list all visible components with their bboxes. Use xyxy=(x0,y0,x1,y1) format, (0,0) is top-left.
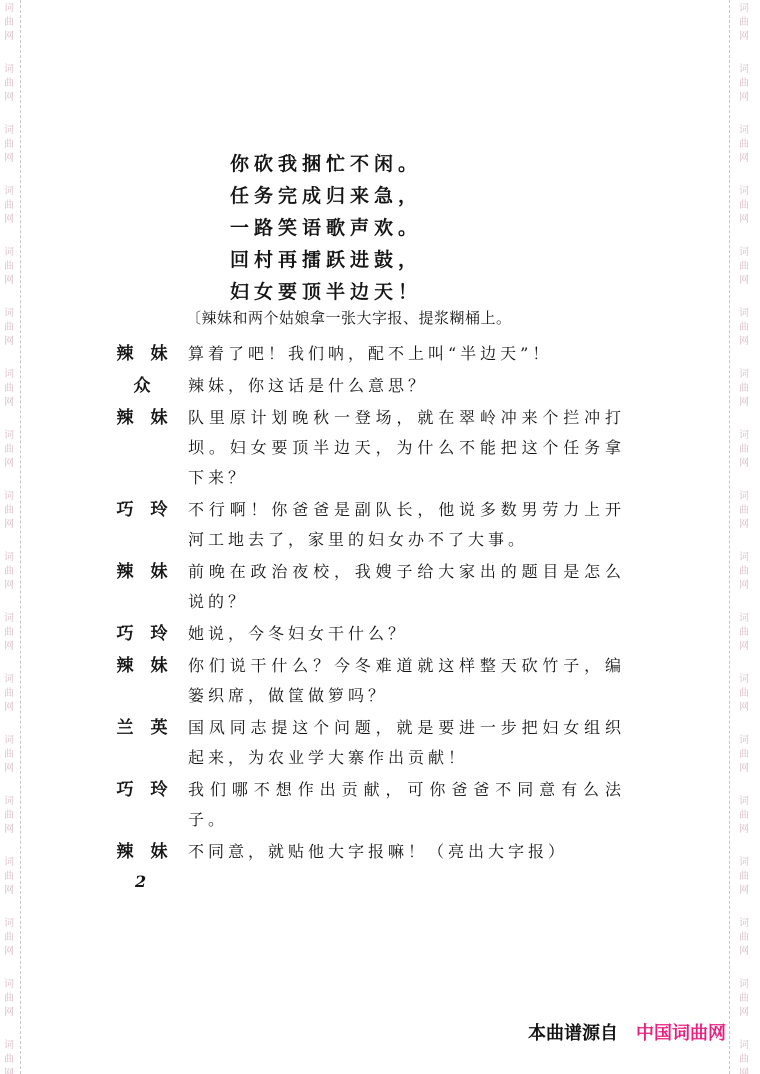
dialogue-entry: 辣 妹 前晚在政治夜校，我嫂子给大家出的题目是怎么说的？ xyxy=(110,557,625,617)
watermark-group: 词曲网 xyxy=(739,1040,749,1074)
speaker-name: 巧 玲 xyxy=(110,495,174,555)
watermark-group: 词曲网 xyxy=(739,125,749,167)
watermark-group: 词曲网 xyxy=(4,613,14,655)
watermark-group: 词曲网 xyxy=(4,674,14,716)
speech-text: 国凤同志提这个问题，就是要进一步把妇女组织起来，为农业学大寨作出贡献！ xyxy=(188,713,625,773)
watermark-group: 词曲网 xyxy=(739,735,749,777)
watermark-group: 词曲网 xyxy=(4,918,14,960)
watermark-group: 词曲网 xyxy=(739,613,749,655)
dialogue-entry: 辣 妹 算着了吧！我们呐，配不上叫“半边天”！ xyxy=(110,339,625,369)
watermark-group: 词曲网 xyxy=(4,735,14,777)
scanned-script-page: 词曲网词曲网词曲网词曲网词曲网词曲网词曲网词曲网词曲网词曲网词曲网词曲网词曲网词… xyxy=(0,0,760,1074)
watermark-group: 词曲网 xyxy=(4,979,14,1021)
speech-text: 你们说干什么？今冬难道就这样整天砍竹子，编篓织席，做筐做箩吗？ xyxy=(188,651,625,711)
watermark-group: 词曲网 xyxy=(4,552,14,594)
watermark-group: 词曲网 xyxy=(4,369,14,411)
speech-text: 不行啊！你爸爸是副队长，他说多数男劳力上开河工地去了，家里的妇女办不了大事。 xyxy=(188,495,625,555)
watermark-group: 词曲网 xyxy=(4,64,14,106)
dialogue-entry: 巧 玲 我们哪不想作出贡献，可你爸爸不同意有么法子。 xyxy=(110,775,625,835)
dialogue-entry: 巧 玲 不行啊！你爸爸是副队长，他说多数男劳力上开河工地去了，家里的妇女办不了大… xyxy=(110,495,625,555)
speaker-name: 众 xyxy=(110,371,174,401)
watermark-group: 词曲网 xyxy=(739,857,749,899)
speaker-name: 辣 妹 xyxy=(110,339,174,369)
dialogue-entry: 众 辣妹，你这话是什么意思？ xyxy=(110,371,625,401)
page-number: 2 xyxy=(135,872,146,891)
watermark-group: 词曲网 xyxy=(739,491,749,533)
watermark-group: 词曲网 xyxy=(4,491,14,533)
verse-block: 你砍我捆忙不闲。 任务完成归来急， 一路笑语歌声欢。 回村再擂跃进鼓， 妇女要顶… xyxy=(230,148,422,308)
speaker-name: 辣 妹 xyxy=(110,837,174,867)
speech-text: 我们哪不想作出贡献，可你爸爸不同意有么法子。 xyxy=(188,775,625,835)
dialogue-entry: 辣 妹 队里原计划晚秋一登场，就在翠岭冲来个拦冲打坝。妇女要顶半边天，为什么不能… xyxy=(110,403,625,493)
watermark-group: 词曲网 xyxy=(4,430,14,472)
verse-line: 妇女要顶半边天！ xyxy=(230,276,422,308)
watermark-group: 词曲网 xyxy=(4,308,14,350)
speech-text: 算着了吧！我们呐，配不上叫“半边天”！ xyxy=(188,339,625,369)
footer-brand: 中国词曲网 xyxy=(636,1022,726,1046)
watermark-group: 词曲网 xyxy=(739,308,749,350)
left-dashed-rule xyxy=(20,0,21,1074)
verse-line: 任务完成归来急， xyxy=(230,180,422,212)
speaker-name: 辣 妹 xyxy=(110,651,174,711)
watermark-group: 词曲网 xyxy=(4,125,14,167)
watermark-group: 词曲网 xyxy=(739,64,749,106)
watermark-group: 词曲网 xyxy=(4,247,14,289)
speech-text: 辣妹，你这话是什么意思？ xyxy=(188,371,625,401)
speaker-name: 辣 妹 xyxy=(110,403,174,493)
dialogue-list: 辣 妹 算着了吧！我们呐，配不上叫“半边天”！ 众 辣妹，你这话是什么意思？ 辣… xyxy=(110,339,625,869)
watermark-group: 词曲网 xyxy=(739,186,749,228)
watermark-group: 词曲网 xyxy=(739,552,749,594)
watermark-group: 词曲网 xyxy=(4,3,14,45)
footer-source-label: 本曲谱源自 xyxy=(528,1022,618,1046)
watermark-group: 词曲网 xyxy=(739,369,749,411)
watermark-group: 词曲网 xyxy=(739,918,749,960)
right-dashed-rule xyxy=(729,0,730,1074)
stage-direction: 〔辣妹和两个姑娘拿一张大字报、提浆糊桶上。 xyxy=(186,308,512,328)
watermark-group: 词曲网 xyxy=(739,979,749,1021)
speaker-name: 巧 玲 xyxy=(110,775,174,835)
watermark-group: 词曲网 xyxy=(4,1040,14,1074)
watermark-group: 词曲网 xyxy=(739,674,749,716)
speech-text: 她说，今冬妇女干什么？ xyxy=(188,619,625,649)
dialogue-entry: 辣 妹 你们说干什么？今冬难道就这样整天砍竹子，编篓织席，做筐做箩吗？ xyxy=(110,651,625,711)
speaker-name: 巧 玲 xyxy=(110,619,174,649)
watermark-group: 词曲网 xyxy=(739,430,749,472)
watermark-group: 词曲网 xyxy=(4,796,14,838)
watermark-group: 词曲网 xyxy=(4,857,14,899)
footer-attribution: 本曲谱源自 中国词曲网 xyxy=(528,1022,726,1046)
right-watermark-column: 词曲网词曲网词曲网词曲网词曲网词曲网词曲网词曲网词曲网词曲网词曲网词曲网词曲网词… xyxy=(737,3,751,1074)
watermark-group: 词曲网 xyxy=(4,186,14,228)
verse-line: 回村再擂跃进鼓， xyxy=(230,244,422,276)
verse-line: 一路笑语歌声欢。 xyxy=(230,212,422,244)
watermark-group: 词曲网 xyxy=(739,247,749,289)
watermark-group: 词曲网 xyxy=(739,3,749,45)
dialogue-entry: 辣 妹 不同意，就贴他大字报嘛！（亮出大字报） xyxy=(110,837,625,867)
speech-text: 队里原计划晚秋一登场，就在翠岭冲来个拦冲打坝。妇女要顶半边天，为什么不能把这个任… xyxy=(188,403,625,493)
dialogue-entry: 巧 玲 她说，今冬妇女干什么？ xyxy=(110,619,625,649)
speech-text: 前晚在政治夜校，我嫂子给大家出的题目是怎么说的？ xyxy=(188,557,625,617)
speaker-name: 兰 英 xyxy=(110,713,174,773)
speech-text: 不同意，就贴他大字报嘛！（亮出大字报） xyxy=(188,837,625,867)
verse-line: 你砍我捆忙不闲。 xyxy=(230,148,422,180)
speaker-name: 辣 妹 xyxy=(110,557,174,617)
left-watermark-column: 词曲网词曲网词曲网词曲网词曲网词曲网词曲网词曲网词曲网词曲网词曲网词曲网词曲网词… xyxy=(2,3,16,1074)
watermark-group: 词曲网 xyxy=(739,796,749,838)
dialogue-entry: 兰 英 国凤同志提这个问题，就是要进一步把妇女组织起来，为农业学大寨作出贡献！ xyxy=(110,713,625,773)
